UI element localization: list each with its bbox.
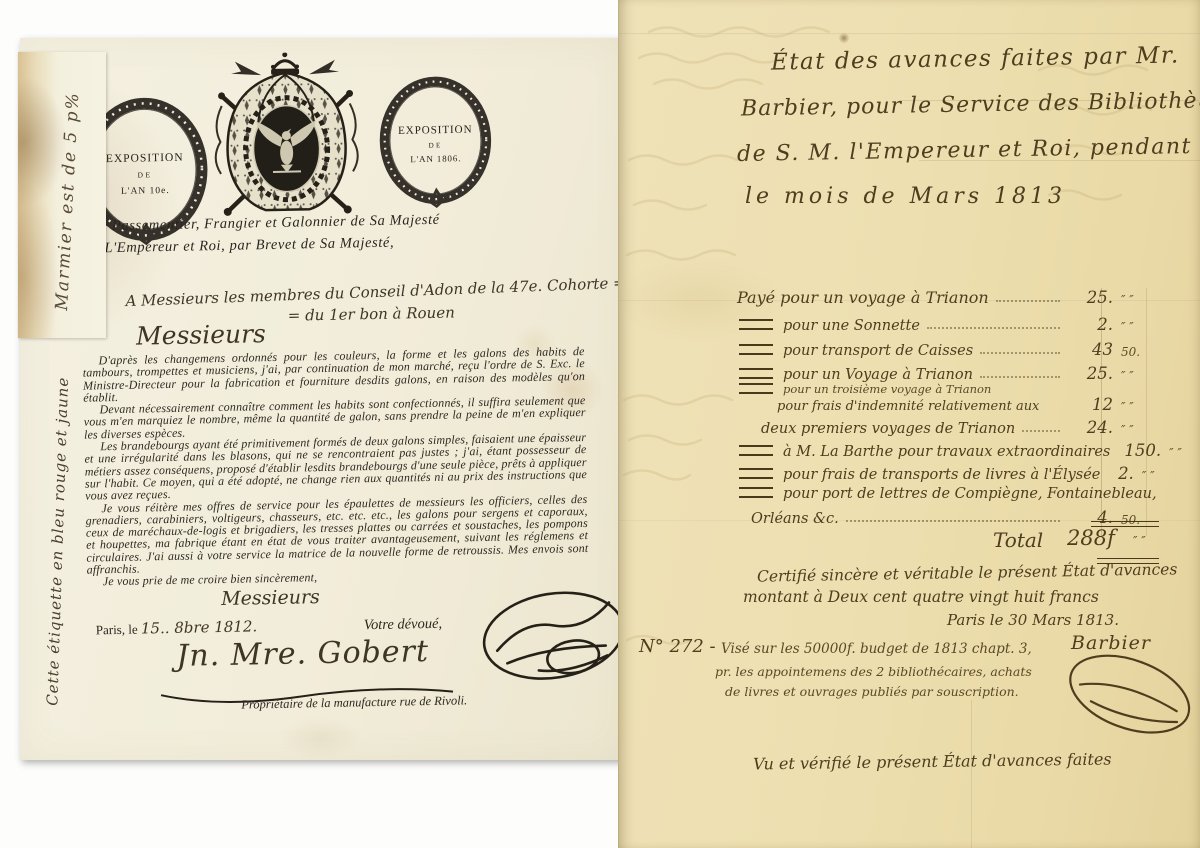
entry-desc: pour frais d'indemnité relativement aux <box>777 399 1039 414</box>
imperial-crown <box>271 51 299 75</box>
entry-cents: ″ ″ <box>1113 369 1157 383</box>
medallion-text: L'AN 10e. <box>121 186 170 197</box>
entry-cents: ″ ″ <box>1113 423 1157 437</box>
ledger-row: pour un Voyage à Trianon 25. ″ ″ <box>737 364 1157 383</box>
signature-paraph-flourish <box>473 582 635 695</box>
paper-crease <box>619 33 1200 35</box>
entry-francs: 150. <box>1124 441 1161 460</box>
entry-desc: pour frais de transports de livres à l'É… <box>783 467 1100 483</box>
entry-francs: 2. <box>1114 464 1133 483</box>
total-label: Total <box>993 528 1043 552</box>
entry-dash <box>739 368 773 379</box>
entry-desc: Orléans &c. <box>751 511 839 527</box>
entry-dash <box>739 445 773 456</box>
dateline: Paris, le 15.. 8bre 1812. <box>96 617 258 638</box>
marginal-note-top: Marmier est de 5 p% <box>52 91 83 311</box>
ledger-row: deux premiers voyages de Trianon 24. ″ ″ <box>737 418 1157 437</box>
entry-desc: pour un troisième voyage à Trianon <box>783 382 991 396</box>
entry-dash <box>739 319 773 330</box>
certification-line2: montant à Deux cent quatre vingt huit fr… <box>743 588 1099 606</box>
entry-francs: 25. <box>1067 364 1113 383</box>
signature-barbier-paraph <box>1059 646 1199 746</box>
entry-dash <box>739 383 773 394</box>
right-document-account: État des avances faites par Mr. Barbier,… <box>618 0 1200 848</box>
entry-dash <box>737 520 751 527</box>
total-cents: ″ ″ <box>1133 534 1146 548</box>
entry-dash <box>739 468 773 479</box>
vertical-crease <box>971 700 972 848</box>
ribbon-left <box>215 106 223 174</box>
pennant-left <box>231 61 261 76</box>
entry-desc: pour port de lettres de Compiègne, Fonta… <box>783 486 1157 502</box>
entry-francs: 2. <box>1067 315 1113 334</box>
entry-francs: 25. <box>1067 288 1113 307</box>
entry-desc: pour un Voyage à Trianon <box>783 367 973 383</box>
signature-name: Jn. Mre. Gobert <box>176 634 429 674</box>
expense-ledger: Payé pour un voyage à Trianon 25. ″ ″ po… <box>737 282 1157 534</box>
dotted-leader <box>998 390 1150 391</box>
address-line2: = du 1er bon à Rouen <box>288 303 455 324</box>
entry-cents: 50. <box>1113 345 1157 359</box>
ribbon-right <box>350 103 358 171</box>
left-document-content: EXPOSITION DE L'AN 10e. <box>15 32 636 766</box>
dotted-leader <box>927 326 1060 329</box>
ledger-row: pour transport de Caisses 43 50. <box>737 340 1157 359</box>
medallion-text: EXPOSITION <box>398 124 473 137</box>
entry-francs: 43 <box>1067 340 1113 359</box>
ledger-row: pour frais de transports de livres à l'É… <box>737 464 1157 483</box>
dotted-leader <box>980 351 1060 354</box>
ledger-row: Payé pour un voyage à Trianon 25. ″ ″ <box>737 288 1157 307</box>
entry-desc: deux premiers voyages de Trianon <box>761 421 1015 437</box>
letter-body: D'après les changemens ordonnés pour les… <box>82 345 588 588</box>
entry-desc: pour une Sonnette <box>783 318 920 334</box>
salutation: Messieurs <box>136 319 266 350</box>
entry-francs: 12 <box>1067 395 1113 414</box>
valediction: Votre dévoué, <box>364 616 443 635</box>
dotted-leader <box>1022 429 1060 432</box>
entry-cents: ″ ″ <box>1161 446 1182 460</box>
paragraph: Je vous réitère mes offres de service po… <box>85 493 588 576</box>
entry-francs: 24. <box>1067 418 1113 437</box>
account-title-line4: le mois de Mars 1813 <box>745 184 1066 209</box>
left-document-letter: EXPOSITION DE L'AN 10e. <box>20 38 627 760</box>
dateline-printed: Paris, le <box>96 622 138 638</box>
ledger-row: à M. La Barthe pour travaux extraordinai… <box>737 441 1157 460</box>
dotted-leader <box>996 299 1060 302</box>
entry-desc: à M. La Barthe pour travaux extraordinai… <box>783 444 1110 460</box>
signature-caption: Propriétaire de la manufacture rue de Ri… <box>241 693 467 712</box>
registry-line3: de livres et ouvrages publiés par souscr… <box>725 684 1019 699</box>
pennant-right <box>309 60 339 75</box>
ledger-row: pour port de lettres de Compiègne, Fonta… <box>737 486 1157 502</box>
entry-dash <box>739 344 773 355</box>
entry-cents: ″ ″ <box>1134 469 1157 483</box>
ledger-row: pour frais d'indemnité relativement aux … <box>737 395 1157 414</box>
registry-number: N° 272 - <box>639 636 716 657</box>
exposition-1806-medallion: EXPOSITION DE L'AN 1806. <box>377 75 494 215</box>
pasted-slip: Marmier est de 5 p% <box>18 52 106 338</box>
paragraph: Les brandebourgs ayant été primitivement… <box>84 431 587 502</box>
medallion-text: DE <box>428 141 442 149</box>
medallion-text: EXPOSITION <box>106 152 184 165</box>
ledger-row-inserted: pour un troisième voyage à Trianon <box>737 382 1157 396</box>
entry-desc: Payé pour un voyage à Trianon <box>737 288 989 307</box>
medallion-text: DE <box>137 170 152 179</box>
registry-line2: pr. les appointemens des 2 bibliothécair… <box>715 664 1032 679</box>
scanned-documents-canvas: EXPOSITION DE L'AN 10e. <box>0 0 1200 848</box>
entry-desc: pour transport de Caisses <box>783 343 973 359</box>
medallion-text: L'AN 1806. <box>410 153 461 164</box>
entry-dash <box>739 487 773 498</box>
marginal-note-bottom: Cette étiquette en bleu rouge et jaune <box>43 376 72 706</box>
entry-cents: ″ ″ <box>1113 293 1157 307</box>
entry-dash <box>737 430 761 437</box>
registry-line1: Visé sur les 50000f. budget de 1813 chap… <box>721 641 1032 657</box>
dotted-leader <box>846 519 1060 522</box>
closing-salutation: Messieurs <box>221 586 320 610</box>
total-value: 288f <box>1067 526 1115 550</box>
imperial-coat-of-arms <box>201 51 372 236</box>
dotted-leader <box>980 375 1060 378</box>
certification-dateline: Paris le 30 Mars 1813. <box>947 611 1119 629</box>
ledger-row: pour une Sonnette 2. ″ ″ <box>737 315 1157 334</box>
dateline-handwritten: 15.. 8bre 1812. <box>141 617 258 637</box>
dotted-leader <box>1046 408 1060 409</box>
entry-cents: ″ ″ <box>1113 400 1157 414</box>
entry-cents: ″ ″ <box>1113 320 1157 334</box>
